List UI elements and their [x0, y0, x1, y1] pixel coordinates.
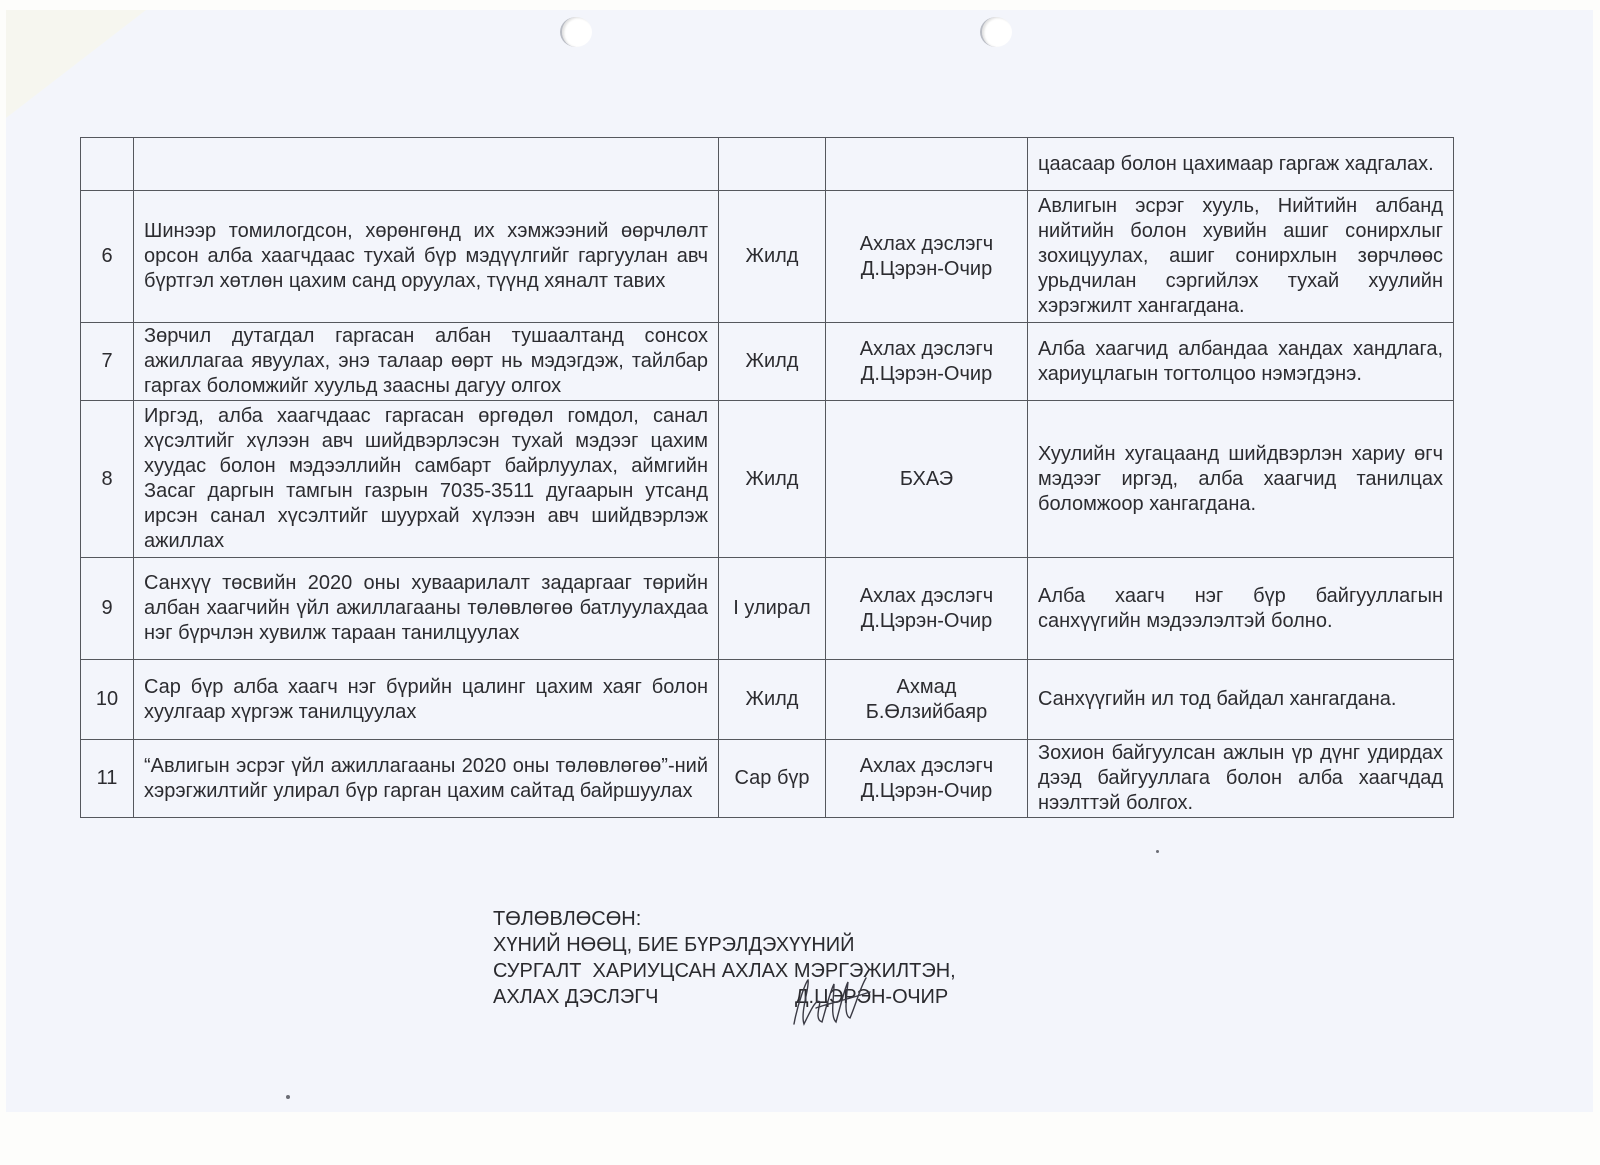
- period-cell: Жилд: [719, 191, 826, 323]
- table-row: 9 Санхүү төсвийн 2020 оны хуваарилалт за…: [81, 558, 1454, 660]
- action-cell: Сар бүр алба хаагч нэг бүрийн цалинг цах…: [134, 660, 719, 740]
- action-cell: [134, 138, 719, 191]
- signature-department-line2: СУРГАЛТ ХАРИУЦСАН АХЛАХ МЭРГЭЖИЛТЭН,: [493, 958, 956, 984]
- responsible-cell: БХАЭ: [826, 401, 1028, 558]
- period-cell: I улирал: [719, 558, 826, 660]
- signature-block: ТӨЛӨВЛӨСӨН: ХҮНИЙ НӨӨЦ, БИЕ БҮРЭЛДЭХҮҮНИ…: [493, 906, 956, 1010]
- row-number: 9: [81, 558, 134, 660]
- period-cell: Сар бүр: [719, 740, 826, 818]
- responsible-cell: Ахлах дэслэгч Д.Цэрэн-Очир: [826, 558, 1028, 660]
- result-cell: Санхүүгийн ил тод байдал хангагдана.: [1028, 660, 1454, 740]
- row-number: [81, 138, 134, 191]
- period-cell: [719, 138, 826, 191]
- table-row: 6 Шинээр томилогдсон, хөрөнгөнд их хэмжэ…: [81, 191, 1454, 323]
- action-cell: “Авлигын эсрэг үйл ажиллагааны 2020 оны …: [134, 740, 719, 818]
- period-cell: Жилд: [719, 660, 826, 740]
- signature-rank: АХЛАХ ДЭСЛЭГЧ: [493, 984, 795, 1010]
- period-cell: Жилд: [719, 401, 826, 558]
- responsible-cell: Ахлах дэслэгч Д.Цэрэн-Очир: [826, 740, 1028, 818]
- handwritten-signature-icon: [786, 972, 876, 1030]
- plan-table: цаасаар болон цахимаар гаргаж хадгалах. …: [80, 137, 1454, 818]
- row-number: 11: [81, 740, 134, 818]
- result-cell: Зохион байгуулсан ажлын үр дүнг удирдах …: [1028, 740, 1454, 818]
- scan-speck: [286, 1095, 290, 1099]
- signature-department-line1: ХҮНИЙ НӨӨЦ, БИЕ БҮРЭЛДЭХҮҮНИЙ: [493, 932, 956, 958]
- action-cell: Зөрчил дутагдал гаргасан албан тушаалтан…: [134, 323, 719, 401]
- result-cell: Алба хаагч нэг бүр байгууллагын санхүүги…: [1028, 558, 1454, 660]
- folded-corner: [6, 10, 146, 118]
- table-row: 7 Зөрчил дутагдал гаргасан албан тушаалт…: [81, 323, 1454, 401]
- result-cell: Алба хаагчид албандаа хандах хандлага, х…: [1028, 323, 1454, 401]
- responsible-cell: Ахлах дэслэгч Д.Цэрэн-Очир: [826, 191, 1028, 323]
- signature-heading: ТӨЛӨВЛӨСӨН:: [493, 906, 956, 932]
- punch-hole-right: [980, 17, 1012, 47]
- action-cell: Иргэд, алба хаагчдаас гаргасан өргөдөл г…: [134, 401, 719, 558]
- result-cell: Авлигын эсрэг хууль, Нийтийн албанд нийт…: [1028, 191, 1454, 323]
- row-number: 10: [81, 660, 134, 740]
- scan-speck: [1156, 850, 1159, 853]
- punch-hole-left: [560, 17, 592, 47]
- table-row: 10 Сар бүр алба хаагч нэг бүрийн цалинг …: [81, 660, 1454, 740]
- responsible-cell: Ахлах дэслэгч Д.Цэрэн-Очир: [826, 323, 1028, 401]
- row-number: 6: [81, 191, 134, 323]
- action-cell: Санхүү төсвийн 2020 оны хуваарилалт зада…: [134, 558, 719, 660]
- table-row: 11 “Авлигын эсрэг үйл ажиллагааны 2020 о…: [81, 740, 1454, 818]
- table-row-continuation: цаасаар болон цахимаар гаргаж хадгалах.: [81, 138, 1454, 191]
- responsible-cell: [826, 138, 1028, 191]
- result-cell: цаасаар болон цахимаар гаргаж хадгалах.: [1028, 138, 1454, 191]
- signature-rank-name: АХЛАХ ДЭСЛЭГЧ Д.ЦЭРЭН-ОЧИР: [493, 984, 956, 1010]
- action-cell: Шинээр томилогдсон, хөрөнгөнд их хэмжээн…: [134, 191, 719, 323]
- scanned-page: цаасаар болон цахимаар гаргаж хадгалах. …: [6, 10, 1593, 1112]
- table-row: 8 Иргэд, алба хаагчдаас гаргасан өргөдөл…: [81, 401, 1454, 558]
- responsible-cell: Ахмад Б.Өлзийбаяр: [826, 660, 1028, 740]
- result-cell: Хуулийн хугацаанд шийдвэрлэн хариу өгч м…: [1028, 401, 1454, 558]
- row-number: 7: [81, 323, 134, 401]
- row-number: 8: [81, 401, 134, 558]
- period-cell: Жилд: [719, 323, 826, 401]
